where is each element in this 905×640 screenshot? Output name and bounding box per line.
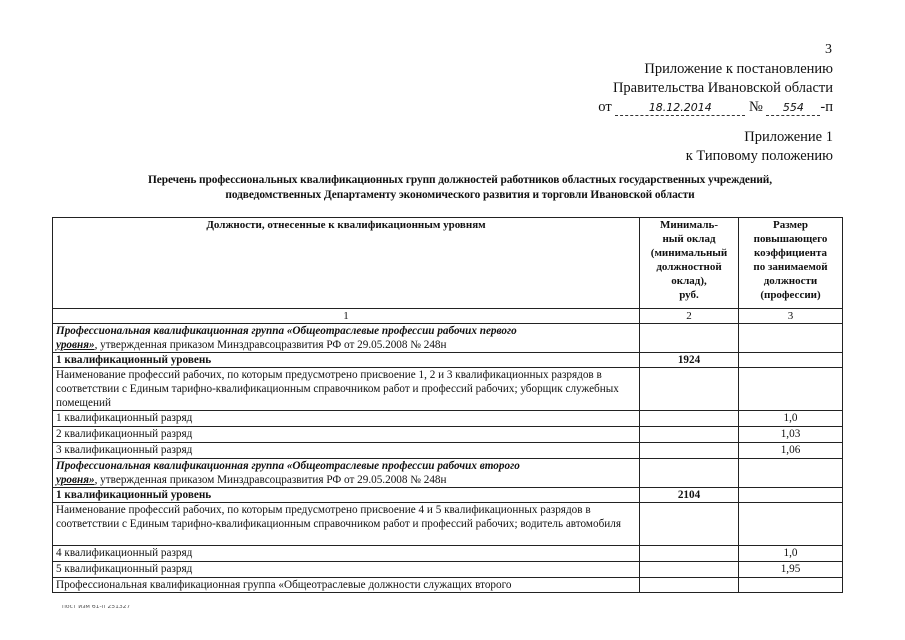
column-number: 2	[640, 309, 739, 324]
resolution-date-line: от 18.12.2014 № 554-п	[598, 98, 833, 117]
rank-coefficient: 1,0	[739, 546, 843, 562]
table-row-group-title: Профессиональная квалификационная группа…	[53, 324, 843, 353]
table-row-group-title: Профессиональная квалификационная группа…	[53, 459, 843, 488]
rank-label: 3 квалификационный разряд	[53, 443, 640, 459]
annex-line-2: к Типовому положению	[686, 147, 833, 166]
table-header-row: Должности, отнесенные к квалификационным…	[53, 218, 843, 309]
resolution-line-1: Приложение к постановлению	[598, 60, 833, 79]
header-coefficient: Размер повышающего коэффициента по заним…	[739, 218, 843, 309]
handwritten-date: 18.12.2014	[615, 101, 745, 116]
rank-label: 1 квалификационный разряд	[53, 411, 640, 427]
rank-label: 2 квалификационный разряд	[53, 427, 640, 443]
rank-label: 5 квалификационный разряд	[53, 562, 640, 578]
level-label: 1 квалификационный уровень	[53, 353, 640, 368]
level-label: 1 квалификационный уровень	[53, 488, 640, 503]
date-prefix: от	[598, 99, 611, 115]
table-row-level: 1 квалификационный уровень 1924	[53, 353, 843, 368]
header-positions: Должности, отнесенные к квалификационным…	[53, 218, 640, 309]
group-title: Профессиональная квалификационная группа…	[53, 459, 640, 488]
column-number-row: 1 2 3	[53, 309, 843, 324]
resolution-line-2: Правительства Ивановской области	[598, 79, 833, 98]
footer-note: пост изм 61-п 251327	[62, 603, 130, 610]
column-number: 3	[739, 309, 843, 324]
column-number: 1	[53, 309, 640, 324]
rank-coefficient: 1,95	[739, 562, 843, 578]
qualification-groups-table: Должности, отнесенные к квалификационным…	[52, 217, 843, 593]
min-salary: 1924	[640, 353, 739, 368]
table-row-level: 1 квалификационный уровень 2104	[53, 488, 843, 503]
table-row-rank: 5 квалификационный разряд 1,95	[53, 562, 843, 578]
document-title: Перечень профессиональных квалификационн…	[90, 173, 830, 203]
group-title: Профессиональная квалификационная группа…	[53, 578, 640, 593]
table-row-rank: 1 квалификационный разряд 1,0	[53, 411, 843, 427]
profession-description: Наименование профессий рабочих, по котор…	[53, 503, 640, 546]
document-title-line-2: подведомственных Департаменту экономичес…	[90, 188, 830, 203]
table-row-rank: 2 квалификационный разряд 1,03	[53, 427, 843, 443]
table-row-description: Наименование профессий рабочих, по котор…	[53, 368, 843, 411]
resolution-header: Приложение к постановлению Правительства…	[598, 60, 833, 117]
rank-coefficient: 1,06	[739, 443, 843, 459]
annex-header: Приложение 1 к Типовому положению	[686, 128, 833, 166]
page-number: 3	[825, 42, 832, 58]
group-title: Профессиональная квалификационная группа…	[53, 324, 640, 353]
document-title-line-1: Перечень профессиональных квалификационн…	[90, 173, 830, 188]
number-sign: №	[749, 99, 763, 115]
table-row-description: Наименование профессий рабочих, по котор…	[53, 503, 843, 546]
profession-description: Наименование профессий рабочих, по котор…	[53, 368, 640, 411]
handwritten-number: 554	[766, 101, 820, 116]
rank-label: 4 квалификационный разряд	[53, 546, 640, 562]
table-row-rank: 3 квалификационный разряд 1,06	[53, 443, 843, 459]
number-suffix: -п	[820, 99, 833, 115]
min-salary: 2104	[640, 488, 739, 503]
header-min-salary: Минималь- ный оклад (минимальный должнос…	[640, 218, 739, 309]
rank-coefficient: 1,03	[739, 427, 843, 443]
annex-line-1: Приложение 1	[686, 128, 833, 147]
table-row-group-title: Профессиональная квалификационная группа…	[53, 578, 843, 593]
table-row-rank: 4 квалификационный разряд 1,0	[53, 546, 843, 562]
rank-coefficient: 1,0	[739, 411, 843, 427]
